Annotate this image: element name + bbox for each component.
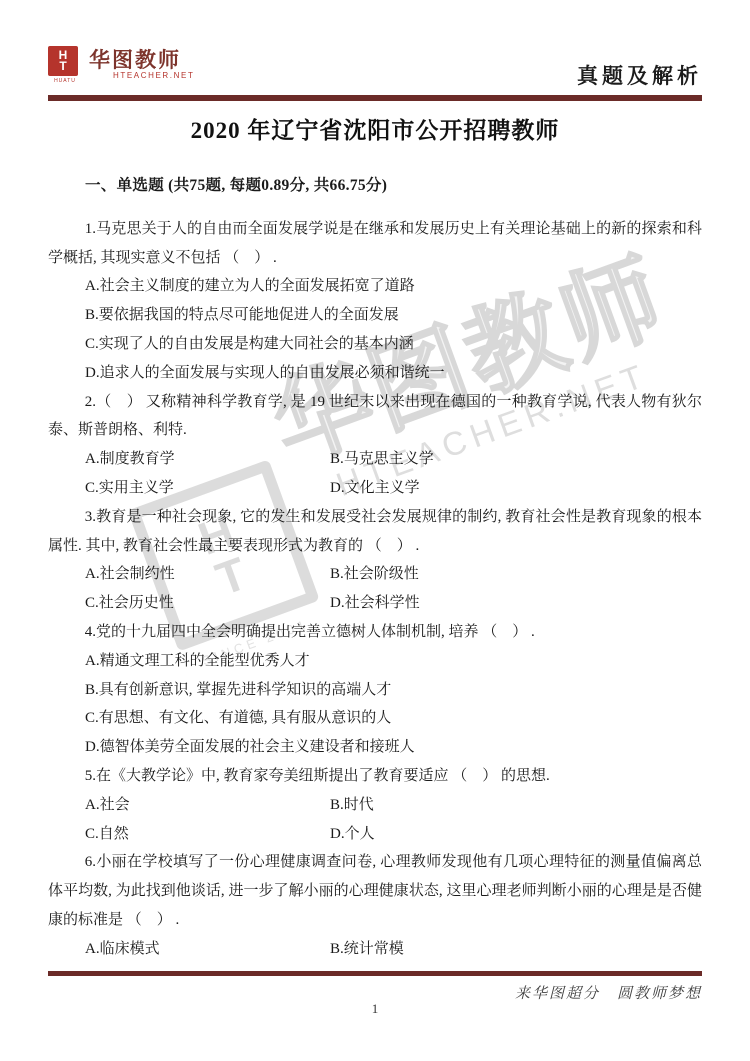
question-option: B.马克思主义学 bbox=[330, 445, 702, 474]
question-option: D.社会科学性 bbox=[330, 589, 702, 618]
question-block: 4.党的十九届四中全会明确提出完善立德树人体制机制, 培养 （ ） .A.精通文… bbox=[48, 618, 702, 762]
question-stem: 3.教育是一种社会现象, 它的发生和发展受社会发展规律的制约, 教育社会性是教育… bbox=[48, 503, 702, 561]
question-option: B.要依据我国的特点尽可能地促进人的全面发展 bbox=[48, 301, 702, 330]
question-option: A.临床模式 bbox=[85, 935, 330, 964]
question-option: B.具有创新意识, 掌握先进科学知识的高端人才 bbox=[48, 676, 702, 705]
question-option: D.个人 bbox=[330, 820, 702, 849]
brand-site: HTEACHER.NET bbox=[89, 71, 194, 80]
question-option: A.精通文理工科的全能型优秀人才 bbox=[48, 647, 702, 676]
footer-rule bbox=[48, 971, 702, 976]
question-block: 6.小丽在学校填写了一份心理健康调查问卷, 心理教师发现他有几项心理特征的测量值… bbox=[48, 848, 702, 963]
question-option: C.实现了人的自由发展是构建大同社会的基本内涵 bbox=[48, 330, 702, 359]
question-option: B.社会阶级性 bbox=[330, 560, 702, 589]
question-stem: 4.党的十九届四中全会明确提出完善立德树人体制机制, 培养 （ ） . bbox=[48, 618, 702, 647]
brand-text: 华图教师 HTEACHER.NET bbox=[89, 46, 194, 84]
page-header: H T HUATU 华图教师 HTEACHER.NET 真题及解析 bbox=[48, 46, 702, 98]
logo-caption: HUATU bbox=[48, 78, 82, 84]
brand: H T HUATU 华图教师 HTEACHER.NET bbox=[48, 46, 194, 84]
section-heading: 一、单选题 (共75题, 每题0.89分, 共66.75分) bbox=[48, 172, 702, 201]
question-block: 2.（ ） 又称精神科学教育学, 是 19 世纪末以来出现在德国的一种教育学说,… bbox=[48, 388, 702, 503]
question-option: B.时代 bbox=[330, 791, 702, 820]
question-options: A.社会制约性B.社会阶级性C.社会历史性D.社会科学性 bbox=[48, 560, 702, 618]
question-stem: 2.（ ） 又称精神科学教育学, 是 19 世纪末以来出现在德国的一种教育学说,… bbox=[48, 388, 702, 446]
document-body: 一、单选题 (共75题, 每题0.89分, 共66.75分) 1.马克思关于人的… bbox=[48, 172, 702, 964]
question-options: A.社会B.时代C.自然D.个人 bbox=[48, 791, 702, 849]
question-options: A.制度教育学B.马克思主义学C.实用主义学D.文化主义学 bbox=[48, 445, 702, 503]
page-title: 2020 年辽宁省沈阳市公开招聘教师 bbox=[0, 112, 750, 145]
question-option: B.统计常模 bbox=[330, 935, 702, 964]
question-option: A.社会 bbox=[85, 791, 330, 820]
huatu-logo: H T HUATU bbox=[48, 46, 82, 84]
question-block: 3.教育是一种社会现象, 它的发生和发展受社会发展规律的制约, 教育社会性是教育… bbox=[48, 503, 702, 618]
question-options: A.临床模式B.统计常模 bbox=[48, 935, 702, 964]
question-stem: 5.在《大教学论》中, 教育家夸美纽斯提出了教育要适应 （ ） 的思想. bbox=[48, 762, 702, 791]
page-number: 1 bbox=[0, 1001, 750, 1017]
question-stem: 1.马克思关于人的自由而全面发展学说是在继承和发展历史上有关理论基础上的新的探索… bbox=[48, 215, 702, 273]
question-option: D.德智体美劳全面发展的社会主义建设者和接班人 bbox=[48, 733, 702, 762]
question-option: C.实用主义学 bbox=[85, 474, 330, 503]
question-option: A.制度教育学 bbox=[85, 445, 330, 474]
question-block: 5.在《大教学论》中, 教育家夸美纽斯提出了教育要适应 （ ） 的思想.A.社会… bbox=[48, 762, 702, 848]
footer-slogan: 来华图超分 圆教师梦想 bbox=[515, 982, 702, 1003]
brand-name: 华图教师 bbox=[89, 49, 194, 71]
question-option: C.有思想、有文化、有道德, 具有服从意识的人 bbox=[48, 704, 702, 733]
question-options: A.社会主义制度的建立为人的全面发展拓宽了道路B.要依据我国的特点尽可能地促进人… bbox=[48, 272, 702, 387]
question-option: A.社会制约性 bbox=[85, 560, 330, 589]
question-option: D.文化主义学 bbox=[330, 474, 702, 503]
question-stem: 6.小丽在学校填写了一份心理健康调查问卷, 心理教师发现他有几项心理特征的测量值… bbox=[48, 848, 702, 934]
header-rule bbox=[48, 95, 702, 101]
logo-letter: T bbox=[59, 61, 66, 72]
question-option: D.追求人的全面发展与实现人的自由发展必须和谐统一 bbox=[48, 359, 702, 388]
question-option: C.自然 bbox=[85, 820, 330, 849]
question-option: C.社会历史性 bbox=[85, 589, 330, 618]
question-option: A.社会主义制度的建立为人的全面发展拓宽了道路 bbox=[48, 272, 702, 301]
document-page: H T SINCE 2001 华图教师 HTEACHER.NET H T HUA… bbox=[0, 0, 750, 1061]
question-block: 1.马克思关于人的自由而全面发展学说是在继承和发展历史上有关理论基础上的新的探索… bbox=[48, 215, 702, 388]
question-options: A.精通文理工科的全能型优秀人才B.具有创新意识, 掌握先进科学知识的高端人才C… bbox=[48, 647, 702, 762]
huatu-logo-icon: H T bbox=[48, 46, 78, 76]
questions-list: 1.马克思关于人的自由而全面发展学说是在继承和发展历史上有关理论基础上的新的探索… bbox=[48, 215, 702, 964]
corner-label: 真题及解析 bbox=[577, 60, 702, 90]
